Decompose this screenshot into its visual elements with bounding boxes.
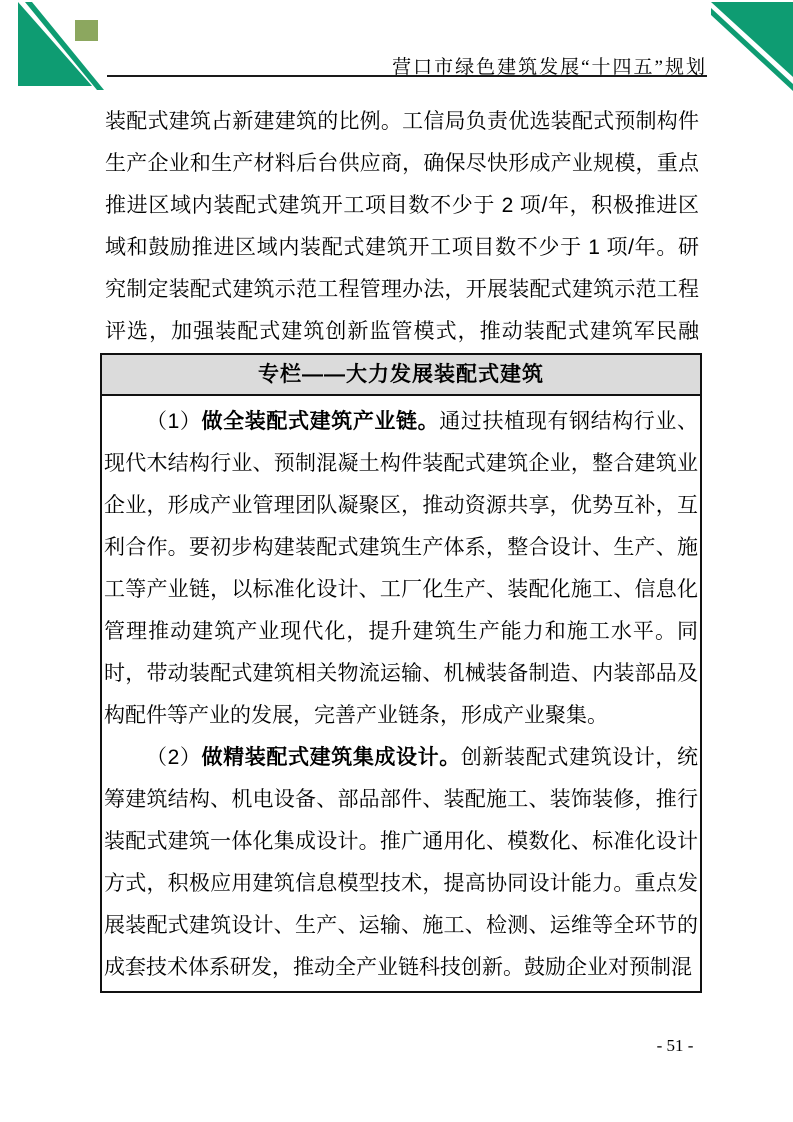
corner-triangle-right-icon	[698, 0, 793, 100]
feature-box-body: （1）做全装配式建筑产业链。通过扶植现有钢结构行业、现代木结构行业、预制混凝土构…	[102, 396, 700, 989]
box-paragraph-1: （1）做全装配式建筑产业链。通过扶植现有钢结构行业、现代木结构行业、预制混凝土构…	[104, 401, 698, 737]
page-number: - 51 -	[635, 1036, 715, 1056]
main-paragraph: 装配式建筑占新建建筑的比例。工信局负责优选装配式预制构件生产企业和生产材料后台供…	[105, 101, 699, 395]
document-page: { "header": { "title": "营口市绿色建筑发展“十四五”规划…	[0, 0, 793, 1122]
paragraph-body: 创新装配式建筑设计，统筹建筑结构、机电设备、部品部件、装配施工、装饰装修，推行装…	[104, 746, 698, 979]
triangle-shape	[18, 2, 92, 86]
feature-box: 专栏——大力发展装配式建筑 （1）做全装配式建筑产业链。通过扶植现有钢结构行业、…	[100, 353, 702, 993]
square-decor-icon	[75, 20, 98, 41]
paragraph-body: 通过扶植现有钢结构行业、现代木结构行业、预制混凝土构件装配式建筑企业，整合建筑业…	[104, 410, 698, 727]
feature-box-title: 专栏——大力发展装配式建筑	[102, 355, 700, 396]
paragraph-lead: 做全装配式建筑产业链。	[202, 410, 440, 433]
corner-triangle-left-icon	[0, 0, 120, 100]
header-rule	[107, 75, 707, 77]
box-paragraph-2: （2）做精装配式建筑集成设计。创新装配式建筑设计，统筹建筑结构、机电设备、部品部…	[104, 737, 698, 989]
paragraph-lead: 做精装配式建筑集成设计。	[202, 746, 461, 769]
paragraph-number: （2）	[146, 746, 202, 769]
paragraph-number: （1）	[146, 410, 202, 433]
triangle-shape	[711, 2, 793, 77]
square-shape	[75, 20, 98, 41]
